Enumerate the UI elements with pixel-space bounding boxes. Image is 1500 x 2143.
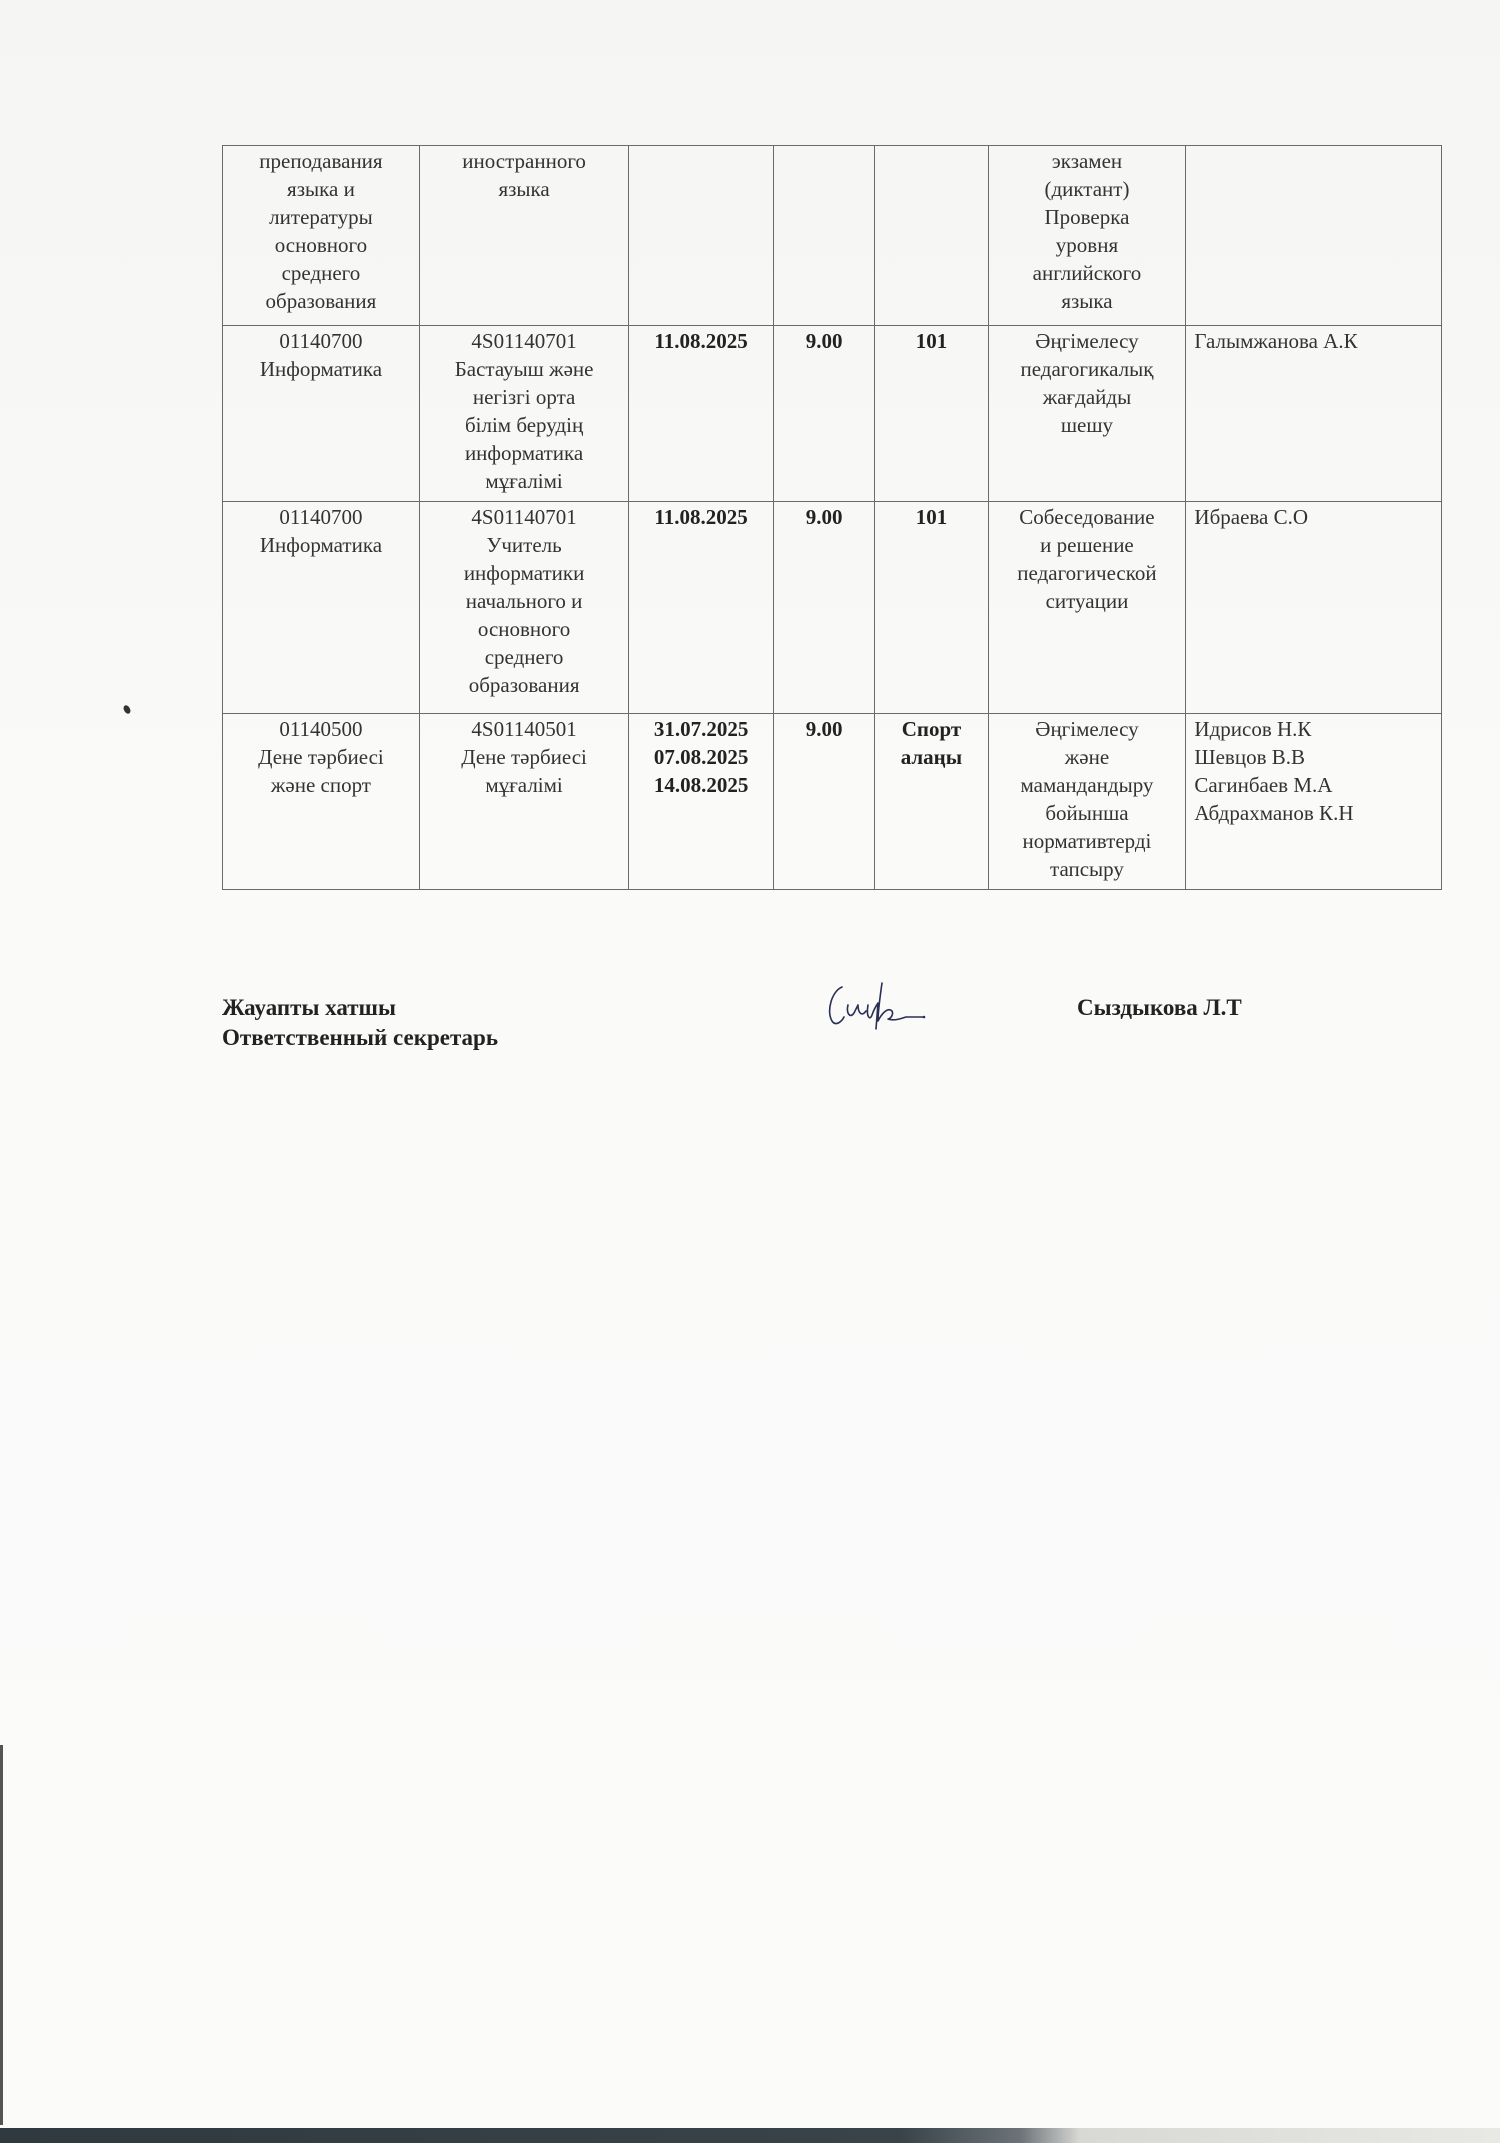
exam-form-cell: Әңгімелесу және мамандандыру бойынша нор… [988,714,1186,890]
examiners-cell [1186,146,1442,326]
date-cell: 11.08.2025 [629,502,774,714]
specialty-cell: 01140700 Информатика [223,502,420,714]
time-cell: 9.00 [773,326,875,502]
qualification-cell: 4S01140501 Дене тәрбиесі мұғалімі [419,714,628,890]
table-row: 01140700 Информатика 4S01140701 Бастауыш… [223,326,1442,502]
room-cell: 101 [875,502,988,714]
room-cell: 101 [875,326,988,502]
secretary-title-ru: Ответственный секретарь [222,1025,498,1051]
page-shadow-edge [0,1745,3,2125]
examiners-cell: Идрисов Н.К Шевцов В.В Сагинбаев М.А Абд… [1186,714,1442,890]
secretary-title-kz: Жауапты хатшы [222,995,396,1021]
examiners-cell: Ибраева С.О [1186,502,1442,714]
date-cell: 31.07.2025 07.08.2025 14.08.2025 [629,714,774,890]
time-cell: 9.00 [773,714,875,890]
examiners-cell: Галымжанова А.К [1186,326,1442,502]
table-row: 01140500 Дене тәрбиесі және спорт 4S0114… [223,714,1442,890]
exam-form-cell: Әңгімелесу педагогикалық жағдайды шешу [988,326,1186,502]
scan-background-strip [0,2128,1500,2143]
signature-block: Жауапты хатшы Ответственный секретарь Сы… [222,995,1442,1075]
handwritten-signature [820,977,950,1037]
date-cell: 11.08.2025 [629,326,774,502]
exam-form-cell: экзамен (диктант) Проверка уровня англий… [988,146,1186,326]
qualification-cell: 4S01140701 Учитель информатики начальног… [419,502,628,714]
document-page: преподавания языка и литературы основног… [0,0,1500,2130]
exam-schedule-table: преподавания языка и литературы основног… [222,145,1442,890]
table-row: преподавания языка и литературы основног… [223,146,1442,326]
exam-form-cell: Собеседование и решение педагогической с… [988,502,1186,714]
qualification-cell: иностранного языка [419,146,628,326]
specialty-cell: преподавания языка и литературы основног… [223,146,420,326]
ink-speck [122,704,132,715]
secretary-name: Сыздыкова Л.Т [1077,995,1242,1021]
qualification-cell: 4S01140701 Бастауыш және негізгі орта бі… [419,326,628,502]
time-cell: 9.00 [773,502,875,714]
specialty-cell: 01140500 Дене тәрбиесі және спорт [223,714,420,890]
specialty-cell: 01140700 Информатика [223,326,420,502]
table-row: 01140700 Информатика 4S01140701 Учитель … [223,502,1442,714]
time-cell [773,146,875,326]
date-cell [629,146,774,326]
room-cell: Спорт алаңы [875,714,988,890]
room-cell [875,146,988,326]
